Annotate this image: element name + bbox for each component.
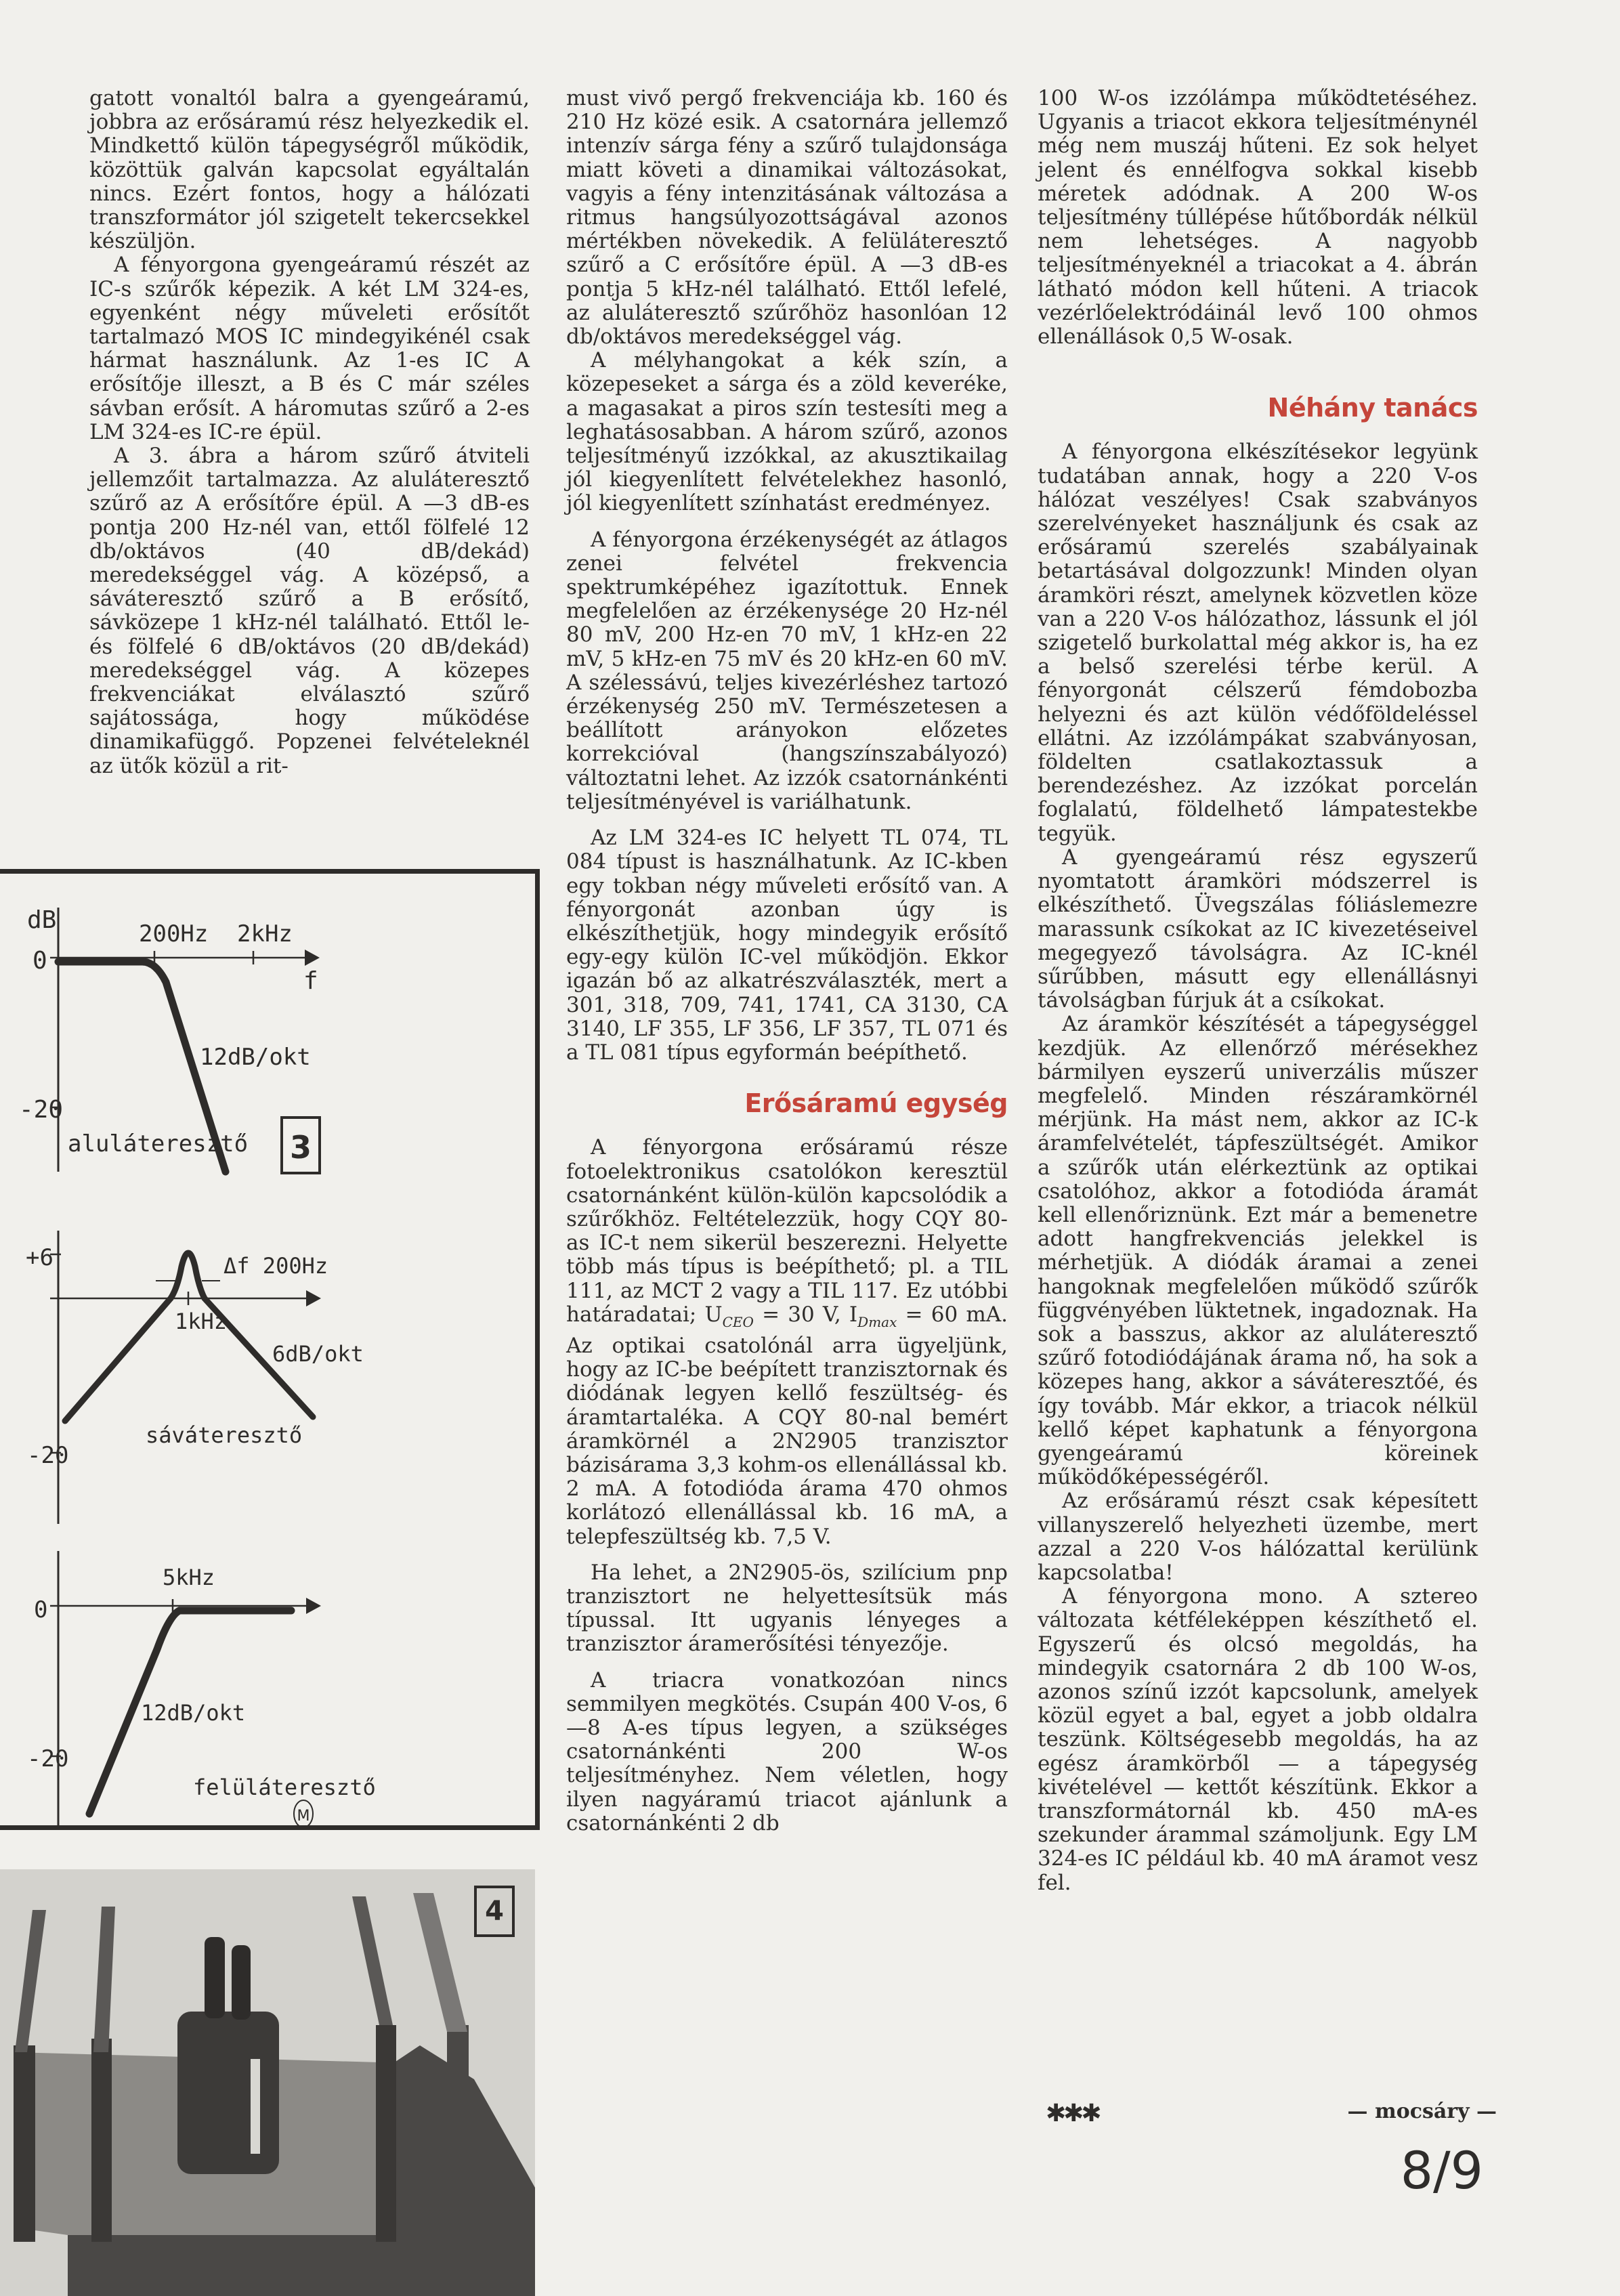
bandpass-chart: +6 -20 Δf 200Hz 1kHz 6dB/okt sávátereszt… xyxy=(26,1231,364,1524)
section-end-stars: ✱✱✱ xyxy=(1046,2100,1099,2127)
page-number: 8/9 xyxy=(1287,2140,1483,2201)
svg-text:-20: -20 xyxy=(27,1745,68,1772)
paragraph: A fényorgona gyengeáramú részét az IC-s … xyxy=(89,253,530,444)
svg-text:dB: dB xyxy=(27,906,56,934)
paragraph: A fényorgona érzékenységét az átlagos ze… xyxy=(566,528,1008,814)
paragraph: A triacra vonatkozóan nincs semmilyen me… xyxy=(566,1669,1008,1835)
author-signature: — mocsáry — xyxy=(1239,2100,1497,2123)
svg-text:0: 0 xyxy=(34,1596,47,1623)
lowpass-chart: dB 0 -20 200Hz 2kHz f 12dB/okt alulátere… xyxy=(19,906,320,1173)
svg-text:12dB/okt: 12dB/okt xyxy=(200,1044,311,1071)
paragraph: A mélyhangokat a kék szín, a közepeseket… xyxy=(566,349,1008,515)
svg-text:6dB/okt: 6dB/okt xyxy=(272,1341,364,1367)
svg-text:felüláteresztő: felüláteresztő xyxy=(193,1774,376,1800)
figure-4-photo: 4 xyxy=(0,1869,535,2296)
paragraph: gatott vonaltól balra a gyengeáramú, job… xyxy=(89,87,530,253)
paragraph: must vivő pergő frekvenciája kb. 160 és … xyxy=(566,87,1008,349)
paragraph: A gyengeáramú rész egyszerű nyomtatott á… xyxy=(1038,846,1478,1013)
paragraph: Az erősáramú részt csak képesített villa… xyxy=(1038,1489,1478,1585)
paragraph: A fényorgona elkészítésekor legyünk tuda… xyxy=(1038,440,1478,845)
filter-response-charts: dB 0 -20 200Hz 2kHz f 12dB/okt alulátere… xyxy=(0,874,535,1825)
paragraph: A fényorgona erősáramú része fotoelektro… xyxy=(566,1136,1008,1548)
section-heading-nehany-tanacs: Néhány tanács xyxy=(1038,396,1478,420)
triac-heatsink-photo xyxy=(0,1869,535,2296)
paragraph: 100 W-os izzólámpa működtetéséhez. Ugyan… xyxy=(1038,87,1478,349)
section-heading-erosaramu-egyseg: Erősáramú egység xyxy=(566,1092,1008,1115)
paragraph: A 3. ábra a három szűrő átviteli jellemz… xyxy=(89,444,530,778)
svg-text:aluláteresztő: aluláteresztő xyxy=(68,1130,248,1157)
figure-number-4: 4 xyxy=(474,1886,515,1937)
svg-text:2kHz: 2kHz xyxy=(237,920,293,948)
paragraph: Ha lehet, a 2N2905-ös, szilícium pnp tra… xyxy=(566,1561,1008,1657)
svg-text:5kHz: 5kHz xyxy=(163,1565,215,1590)
paragraph: Az áramkör készítését a tápegységgel kez… xyxy=(1038,1013,1478,1489)
svg-text:-20: -20 xyxy=(27,1442,68,1469)
paragraph: A fényorgona mono. A sztereo változata k… xyxy=(1038,1585,1478,1895)
svg-text:12dB/okt: 12dB/okt xyxy=(141,1700,245,1726)
svg-text:Δf 200Hz: Δf 200Hz xyxy=(223,1253,328,1279)
svg-text:f: f xyxy=(303,967,318,995)
svg-text:+6: +6 xyxy=(26,1244,54,1271)
paragraph: Az LM 324-es IC helyett TL 074, TL 084 t… xyxy=(566,826,1008,1065)
highpass-chart: 0 -20 5kHz 12dB/okt felüláteresztő M xyxy=(27,1551,376,1825)
column-1: gatott vonaltól balra a gyengeáramú, job… xyxy=(89,87,530,778)
figure-3-filter-responses: dB 0 -20 200Hz 2kHz f 12dB/okt alulátere… xyxy=(0,869,540,1830)
svg-text:sáváteresztő: sáváteresztő xyxy=(146,1422,302,1448)
svg-text:-20: -20 xyxy=(19,1096,63,1124)
column-2: must vivő pergő frekvenciája kb. 160 és … xyxy=(566,87,1008,1835)
column-3: 100 W-os izzólámpa működtetéséhez. Ugyan… xyxy=(1038,87,1478,1895)
svg-text:1kHz: 1kHz xyxy=(175,1309,227,1334)
svg-text:3: 3 xyxy=(290,1129,312,1166)
svg-text:M: M xyxy=(297,1808,310,1825)
svg-text:200Hz: 200Hz xyxy=(139,920,208,948)
svg-text:0: 0 xyxy=(33,947,47,975)
